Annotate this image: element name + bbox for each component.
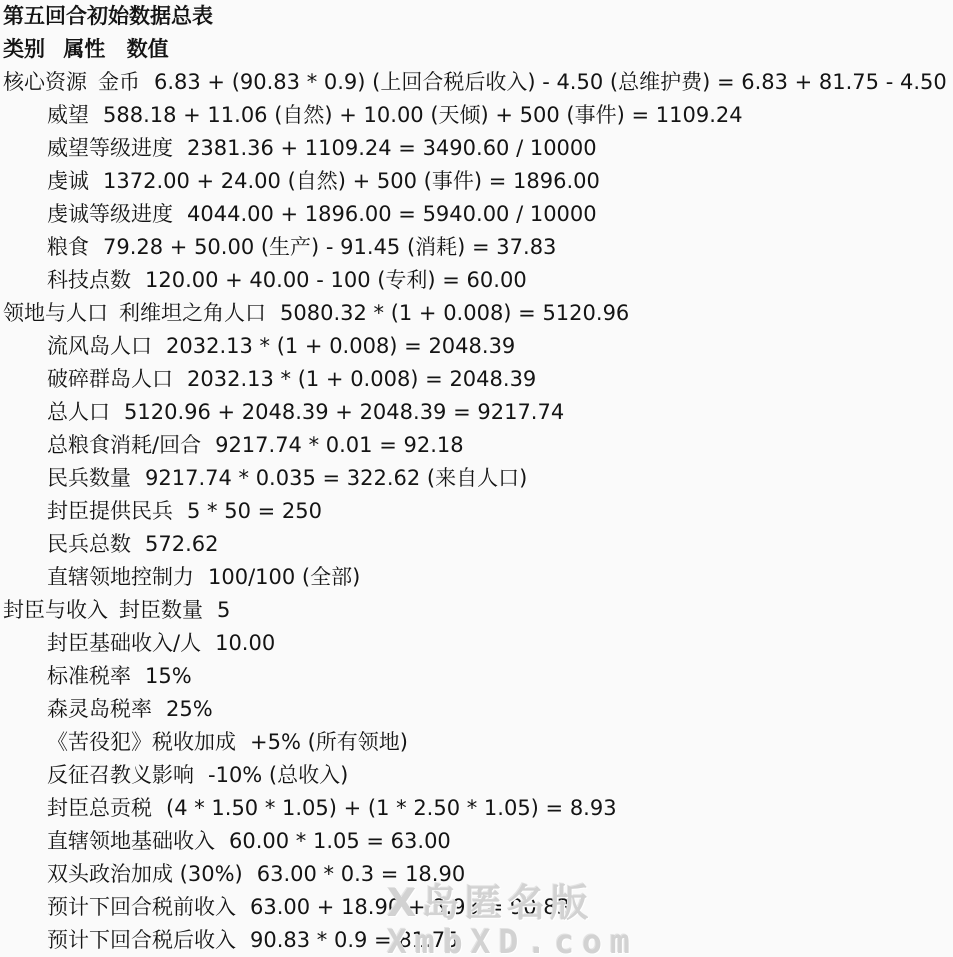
cell-value: 2032.13 * (1 + 0.008) = 2048.39 [187,363,536,396]
cell-attribute: 粮食 [47,231,89,264]
column-header-category: 类别 [3,33,45,66]
cell-attribute: 利维坦之角人口 [119,297,266,330]
table-row: 威望588.18 + 11.06 (自然) + 10.00 (天倾) + 500… [0,99,953,132]
cell-value: 9217.74 * 0.01 = 92.18 [215,429,464,462]
column-header-row: 类别 属性 数值 [0,33,953,66]
table-row: 民兵数量9217.74 * 0.035 = 322.62 (来自人口) [0,462,953,495]
table-row: 封臣基础收入/人10.00 [0,627,953,660]
cell-value: 60.00 * 1.05 = 63.00 [229,825,451,858]
cell-attribute: 封臣基础收入/人 [47,627,201,660]
table-row: 封臣总贡税(4 * 1.50 * 1.05) + (1 * 2.50 * 1.0… [0,792,953,825]
cell-value: 2381.36 + 1109.24 = 3490.60 / 10000 [187,132,597,165]
document-title: 第五回合初始数据总表 [0,0,953,33]
cell-attribute: 虔诚等级进度 [47,198,173,231]
cell-attribute: 预计下回合税后收入 [47,924,236,957]
cell-value: 5 [217,594,230,627]
table-row: 总人口5120.96 + 2048.39 + 2048.39 = 9217.74 [0,396,953,429]
table-row: 粮食79.28 + 50.00 (生产) - 91.45 (消耗) = 37.8… [0,231,953,264]
cell-value: 90.83 * 0.9 = 81.75 [250,924,458,957]
cell-attribute: 破碎群岛人口 [47,363,173,396]
cell-attribute: 直辖领地控制力 [47,561,194,594]
table-row: 标准税率15% [0,660,953,693]
cell-attribute: 直辖领地基础收入 [47,825,215,858]
table-row: 流风岛人口2032.13 * (1 + 0.008) = 2048.39 [0,330,953,363]
cell-category: 核心资源 [3,66,87,99]
cell-attribute: 威望等级进度 [47,132,173,165]
table-row: 民兵总数572.62 [0,528,953,561]
cell-attribute: 封臣数量 [119,594,203,627]
column-header-attribute: 属性 [63,33,105,66]
cell-value: 79.28 + 50.00 (生产) - 91.45 (消耗) = 37.83 [103,231,556,264]
cell-value: 588.18 + 11.06 (自然) + 10.00 (天倾) + 500 (… [103,99,743,132]
document-page: 第五回合初始数据总表 类别 属性 数值 核心资源金币6.83 + (90.83 … [0,0,953,957]
cell-value: 9217.74 * 0.035 = 322.62 (来自人口) [145,462,527,495]
cell-value: 100/100 (全部) [208,561,360,594]
cell-value: 2032.13 * (1 + 0.008) = 2048.39 [166,330,515,363]
cell-value: 15% [145,660,192,693]
cell-value: 5080.32 * (1 + 0.008) = 5120.96 [280,297,629,330]
table-row: 领地与人口利维坦之角人口5080.32 * (1 + 0.008) = 5120… [0,297,953,330]
cell-attribute: 预计下回合税前收入 [47,891,236,924]
table-row: 预计下回合税后收入90.83 * 0.9 = 81.75 [0,924,953,957]
cell-attribute: 科技点数 [47,264,131,297]
cell-value: 63.00 + 18.90 + 8.93 = 90.83 [250,891,570,924]
cell-value: 120.00 + 40.00 - 100 (专利) = 60.00 [145,264,527,297]
cell-attribute: 封臣总贡税 [47,792,152,825]
column-header-value: 数值 [127,33,169,66]
cell-attribute: 民兵总数 [47,528,131,561]
table-row: 封臣与收入封臣数量5 [0,594,953,627]
table-row: 《苦役犯》税收加成+5% (所有领地) [0,726,953,759]
table-row: 双头政治加成 (30%)63.00 * 0.3 = 18.90 [0,858,953,891]
cell-value: 10.00 [215,627,275,660]
cell-attribute: 森灵岛税率 [47,693,152,726]
table-row: 虔诚等级进度4044.00 + 1896.00 = 5940.00 / 1000… [0,198,953,231]
cell-attribute: 标准税率 [47,660,131,693]
cell-value: 572.62 [145,528,218,561]
cell-value: 5120.96 + 2048.39 + 2048.39 = 9217.74 [124,396,564,429]
table-row: 总粮食消耗/回合9217.74 * 0.01 = 92.18 [0,429,953,462]
cell-value: 6.83 + (90.83 * 0.9) (上回合税后收入) - 4.50 (总… [154,66,953,99]
table-row: 反征召教义影响-10% (总收入) [0,759,953,792]
cell-attribute: 流风岛人口 [47,330,152,363]
cell-attribute: 反征召教义影响 [47,759,194,792]
table-row: 森灵岛税率25% [0,693,953,726]
cell-attribute: 金币 [98,66,140,99]
table-row: 虔诚1372.00 + 24.00 (自然) + 500 (事件) = 1896… [0,165,953,198]
table-row: 封臣提供民兵5 * 50 = 250 [0,495,953,528]
cell-attribute: 封臣提供民兵 [47,495,173,528]
table-row: 直辖领地基础收入60.00 * 1.05 = 63.00 [0,825,953,858]
cell-value: 5 * 50 = 250 [187,495,322,528]
cell-value: +5% (所有领地) [250,726,408,759]
cell-attribute: 虔诚 [47,165,89,198]
cell-attribute: 双头政治加成 (30%) [47,858,243,891]
cell-value: 1372.00 + 24.00 (自然) + 500 (事件) = 1896.0… [103,165,600,198]
table-row: 直辖领地控制力100/100 (全部) [0,561,953,594]
cell-category: 封臣与收入 [3,594,108,627]
table-row: 威望等级进度2381.36 + 1109.24 = 3490.60 / 1000… [0,132,953,165]
cell-attribute: 民兵数量 [47,462,131,495]
cell-value: 4044.00 + 1896.00 = 5940.00 / 10000 [187,198,597,231]
data-table-body: 核心资源金币6.83 + (90.83 * 0.9) (上回合税后收入) - 4… [0,66,953,957]
cell-attribute: 《苦役犯》税收加成 [47,726,236,759]
cell-attribute: 总人口 [47,396,110,429]
table-row: 核心资源金币6.83 + (90.83 * 0.9) (上回合税后收入) - 4… [0,66,953,99]
cell-value: 63.00 * 0.3 = 18.90 [257,858,465,891]
cell-category: 领地与人口 [3,297,108,330]
cell-attribute: 总粮食消耗/回合 [47,429,201,462]
cell-attribute: 威望 [47,99,89,132]
cell-value: -10% (总收入) [208,759,348,792]
cell-value: 25% [166,693,213,726]
table-row: 预计下回合税前收入63.00 + 18.90 + 8.93 = 90.83 [0,891,953,924]
cell-value: (4 * 1.50 * 1.05) + (1 * 2.50 * 1.05) = … [166,792,617,825]
table-row: 科技点数120.00 + 40.00 - 100 (专利) = 60.00 [0,264,953,297]
table-row: 破碎群岛人口2032.13 * (1 + 0.008) = 2048.39 [0,363,953,396]
